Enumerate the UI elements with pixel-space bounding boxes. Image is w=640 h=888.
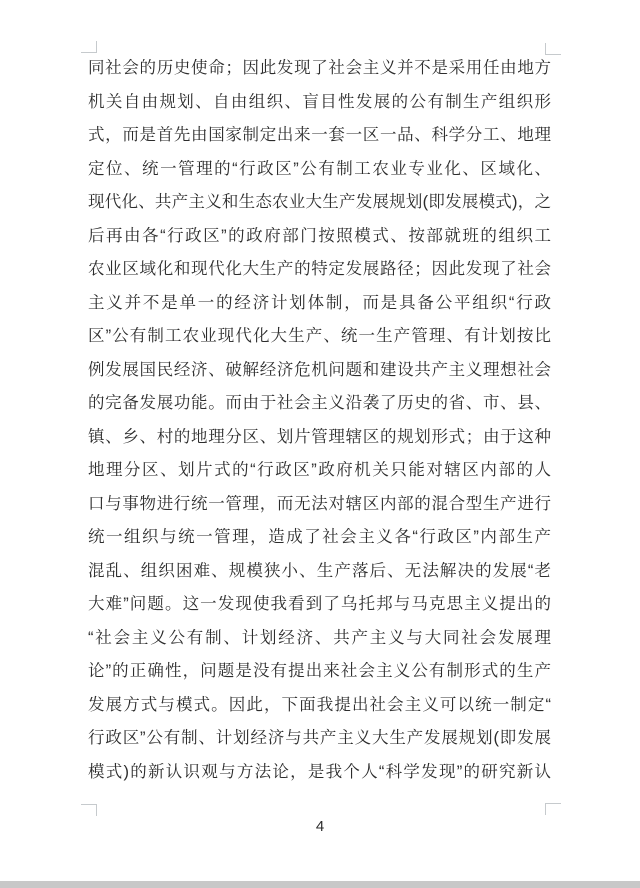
text-line: 定位、统一管理的“行政区”公有制工农业专业化、区域化、 bbox=[88, 153, 551, 187]
text-line: 论”的正确性，问题是没有提出来社会主义公有制形式的生产 bbox=[88, 655, 551, 689]
document-page: 同社会的历史使命；因此发现了社会主义并不是采用任由地方 机关自由规划、自由组织、… bbox=[0, 0, 640, 888]
text-line: 例发展国民经济、破解经济危机问题和建设共产主义理想社会 bbox=[88, 354, 551, 388]
text-line: 统一组织与统一管理，造成了社会主义各“行政区”内部生产 bbox=[88, 521, 551, 555]
page-number: 4 bbox=[0, 818, 640, 835]
text-line: 混乱、组织困难、规模狭小、生产落后、无法解决的发展“老 bbox=[88, 555, 551, 589]
text-line: 农业区域化和现代化大生产的特定发展路径；因此发现了社会 bbox=[88, 253, 551, 287]
text-line: 大难”问题。这一发现使我看到了乌托邦与马克思主义提出的 bbox=[88, 588, 551, 622]
text-line: 后再由各“行政区”的政府部门按照模式、按部就班的组织工 bbox=[88, 220, 551, 254]
text-line: 机关自由规划、自由组织、盲目性发展的公有制生产组织形 bbox=[88, 86, 551, 120]
text-line: 行政区”公有制、计划经济与共产主义大生产发展规划(即发展 bbox=[88, 722, 551, 756]
body-text: 同社会的历史使命；因此发现了社会主义并不是采用任由地方 机关自由规划、自由组织、… bbox=[88, 52, 551, 789]
bottom-edge-bar bbox=[0, 881, 640, 888]
text-line: 同社会的历史使命；因此发现了社会主义并不是采用任由地方 bbox=[88, 52, 551, 86]
text-line: 现代化、共产主义和生态农业大生产发展规划(即发展模式)，之 bbox=[88, 186, 551, 220]
text-line: 发展方式与模式。因此，下面我提出社会主义可以统一制定“ bbox=[88, 689, 551, 723]
text-line: 镇、乡、村的地理分区、划片管理辖区的规划形式；由于这种 bbox=[88, 421, 551, 455]
text-boundary-mark-bottom-right bbox=[545, 803, 561, 815]
text-line: 区”公有制工农业现代化大生产、统一生产管理、有计划按比 bbox=[88, 320, 551, 354]
text-boundary-mark-bottom-left bbox=[81, 804, 97, 816]
text-line: 式，而是首先由国家制定出来一套一区一品、科学分工、地理 bbox=[88, 119, 551, 153]
text-line: “社会主义公有制、计划经济、共产主义与大同社会发展理 bbox=[88, 622, 551, 656]
text-line: 口与事物进行统一管理，而无法对辖区内部的混合型生产进行 bbox=[88, 488, 551, 522]
text-line: 模式)的新认识观与方法论，是我个人“科学发现”的研究新认 bbox=[88, 756, 551, 790]
text-line: 主义并不是单一的经济计划体制，而是具备公平组织“行政 bbox=[88, 287, 551, 321]
text-line: 的完备发展功能。而由于社会主义沿袭了历史的省、市、县、 bbox=[88, 387, 551, 421]
text-line: 地理分区、划片式的“行政区”政府机关只能对辖区内部的人 bbox=[88, 454, 551, 488]
